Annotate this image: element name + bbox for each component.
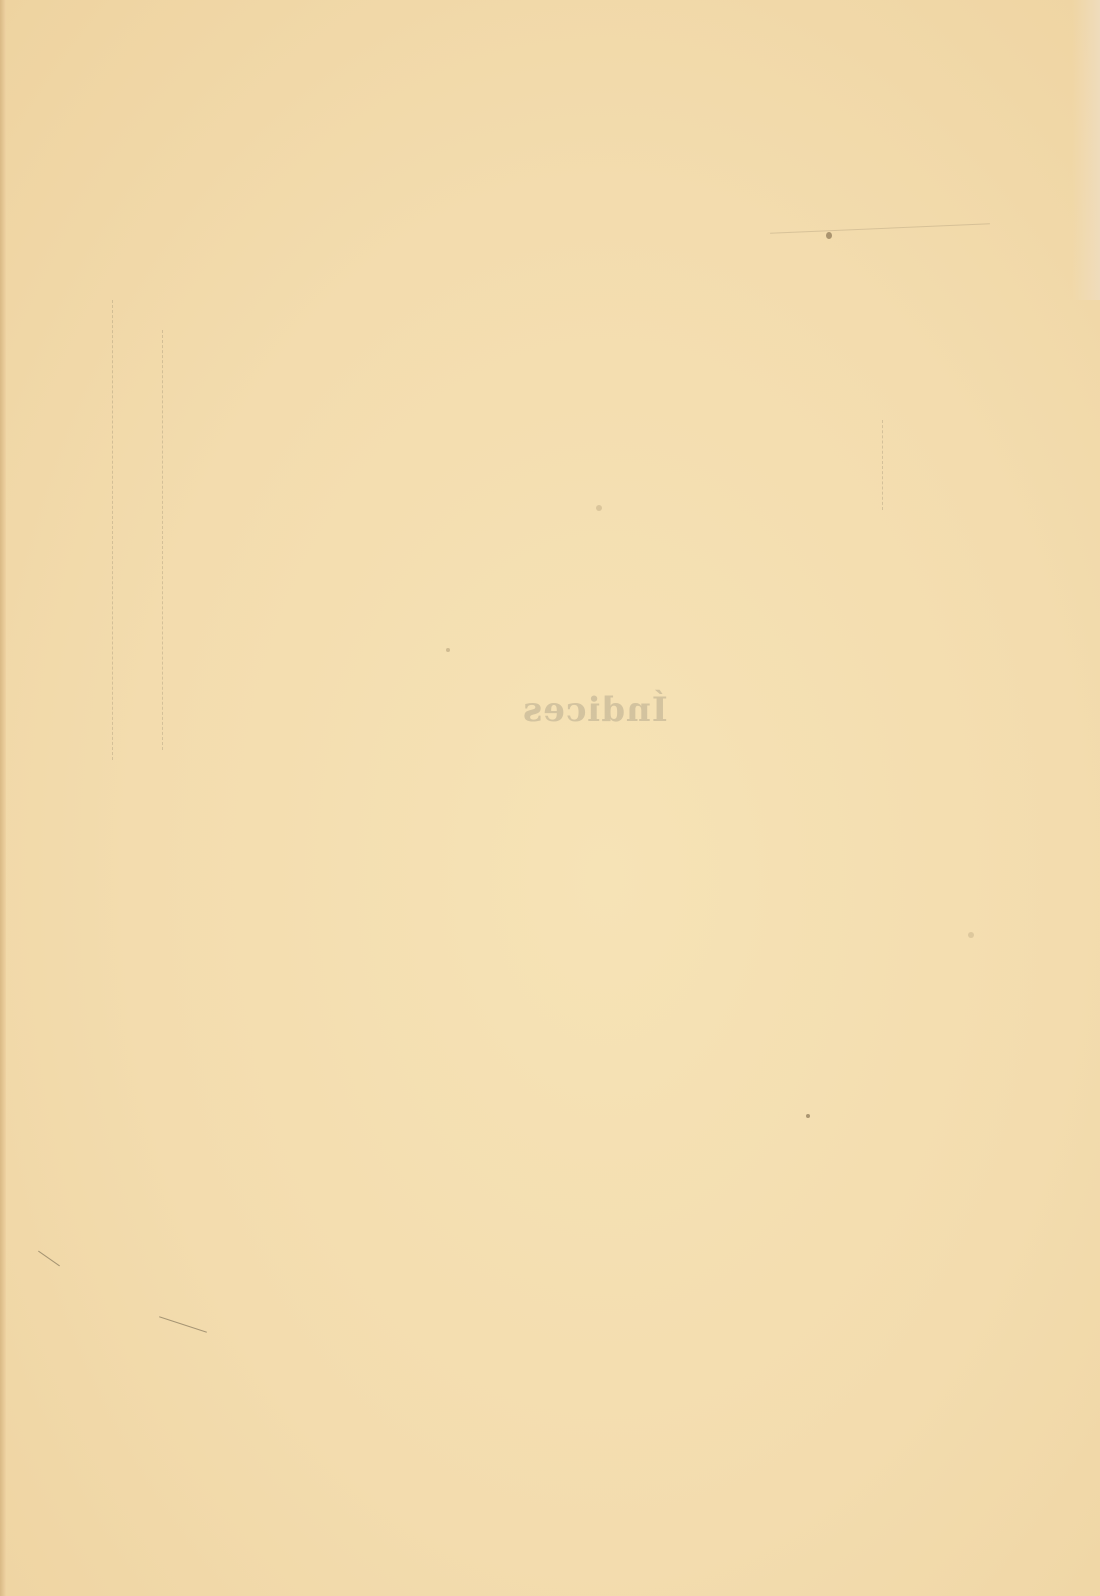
paper-speck [826,232,832,239]
paper-scratch [159,1316,207,1332]
paper-scratch [770,223,990,234]
document-page: Índices [0,0,1100,1596]
bleed-through-column-line [162,330,164,750]
paper-speck [596,505,602,511]
paper-speck [806,1114,810,1118]
bleed-through-column-line [112,300,114,760]
paper-speck [968,932,974,938]
bleed-through-column-line [882,420,884,510]
page-right-edge [1072,0,1100,300]
paper-scratch [38,1251,60,1267]
page-left-edge [0,0,6,1596]
paper-speck [446,648,450,652]
bleed-through-title: Índices [522,690,668,730]
